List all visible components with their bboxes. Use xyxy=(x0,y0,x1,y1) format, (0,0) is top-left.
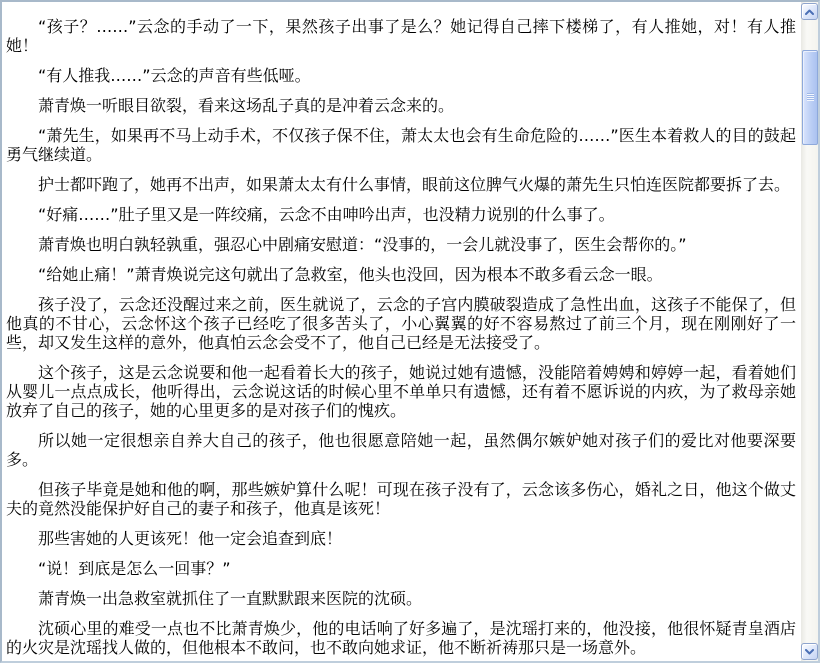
paragraph: 萧青焕一出急救室就抓住了一直默默跟来医院的沈硕。 xyxy=(6,589,796,608)
vertical-scrollbar[interactable] xyxy=(801,2,818,661)
scrollbar-grip-icon xyxy=(807,93,814,101)
chevron-down-icon xyxy=(805,649,814,655)
paragraph: 但孩子毕竟是她和他的啊，那些嫉妒算什么呢！可现在孩子没有了，云念该多伤心，婚礼之… xyxy=(6,480,796,518)
paragraph: “说！到底是怎么一回事？” xyxy=(6,559,796,578)
paragraph: “给她止痛！”萧青焕说完这句就出了急救室，他头也没回，因为根本不敢多看云念一眼。 xyxy=(6,265,796,284)
paragraph: “萧先生，如果再不马上动手术，不仅孩子保不住，萧太太也会有生命危险的……”医生本… xyxy=(6,126,796,164)
scroll-down-button[interactable] xyxy=(801,643,818,660)
scrollbar-track[interactable] xyxy=(801,20,818,643)
paragraph: 那些害她的人更该死！他一定会追查到底！ xyxy=(6,529,796,548)
paragraph: 护士都吓跑了，她再不出声，如果萧太太有什么事情，眼前这位脾气火爆的萧先生只怕连医… xyxy=(6,175,796,194)
paragraph: “好痛……”肚子里又是一阵绞痛，云念不由呻吟出声，也没精力说别的什么事了。 xyxy=(6,205,796,224)
paragraph: 沈硕心里的难受一点也不比萧青焕少，他的电话响了好多遍了，是沈瑶打来的，他没接，他… xyxy=(6,619,796,657)
paragraph: “孩子？……”云念的手动了一下，果然孩子出事了是么？她记得自己摔下楼梯了，有人推… xyxy=(6,17,796,55)
scrollbar-thumb[interactable] xyxy=(802,50,818,145)
paragraph: “有人推我……”云念的声音有些低哑。 xyxy=(6,66,796,85)
scroll-up-button[interactable] xyxy=(801,3,818,20)
paragraph: 萧青焕一听眼目欲裂，看来这场乱子真的是冲着云念来的。 xyxy=(6,96,796,115)
novel-text-area: “孩子？……”云念的手动了一下，果然孩子出事了是么？她记得自己摔下楼梯了，有人推… xyxy=(2,2,801,661)
chevron-up-icon xyxy=(805,9,814,15)
paragraph: 所以她一定很想亲自养大自己的孩子，他也很愿意陪她一起，虽然偶尔嫉妒她对孩子们的爱… xyxy=(6,431,796,469)
paragraph: 孩子没了，云念还没醒过来之前，医生就说了，云念的子宫内膜破裂造成了急性出血，这孩… xyxy=(6,295,796,352)
novel-reader-page: “孩子？……”云念的手动了一下，果然孩子出事了是么？她记得自己摔下楼梯了，有人推… xyxy=(0,0,820,663)
paragraph: 萧青焕也明白孰轻孰重，强忍心中剧痛安慰道：“没事的，一会儿就没事了，医生会帮你的… xyxy=(6,235,796,254)
paragraph: 这个孩子，这是云念说要和他一起看着长大的孩子，她说过她有遗憾，没能陪着娉娉和婷婷… xyxy=(6,363,796,420)
